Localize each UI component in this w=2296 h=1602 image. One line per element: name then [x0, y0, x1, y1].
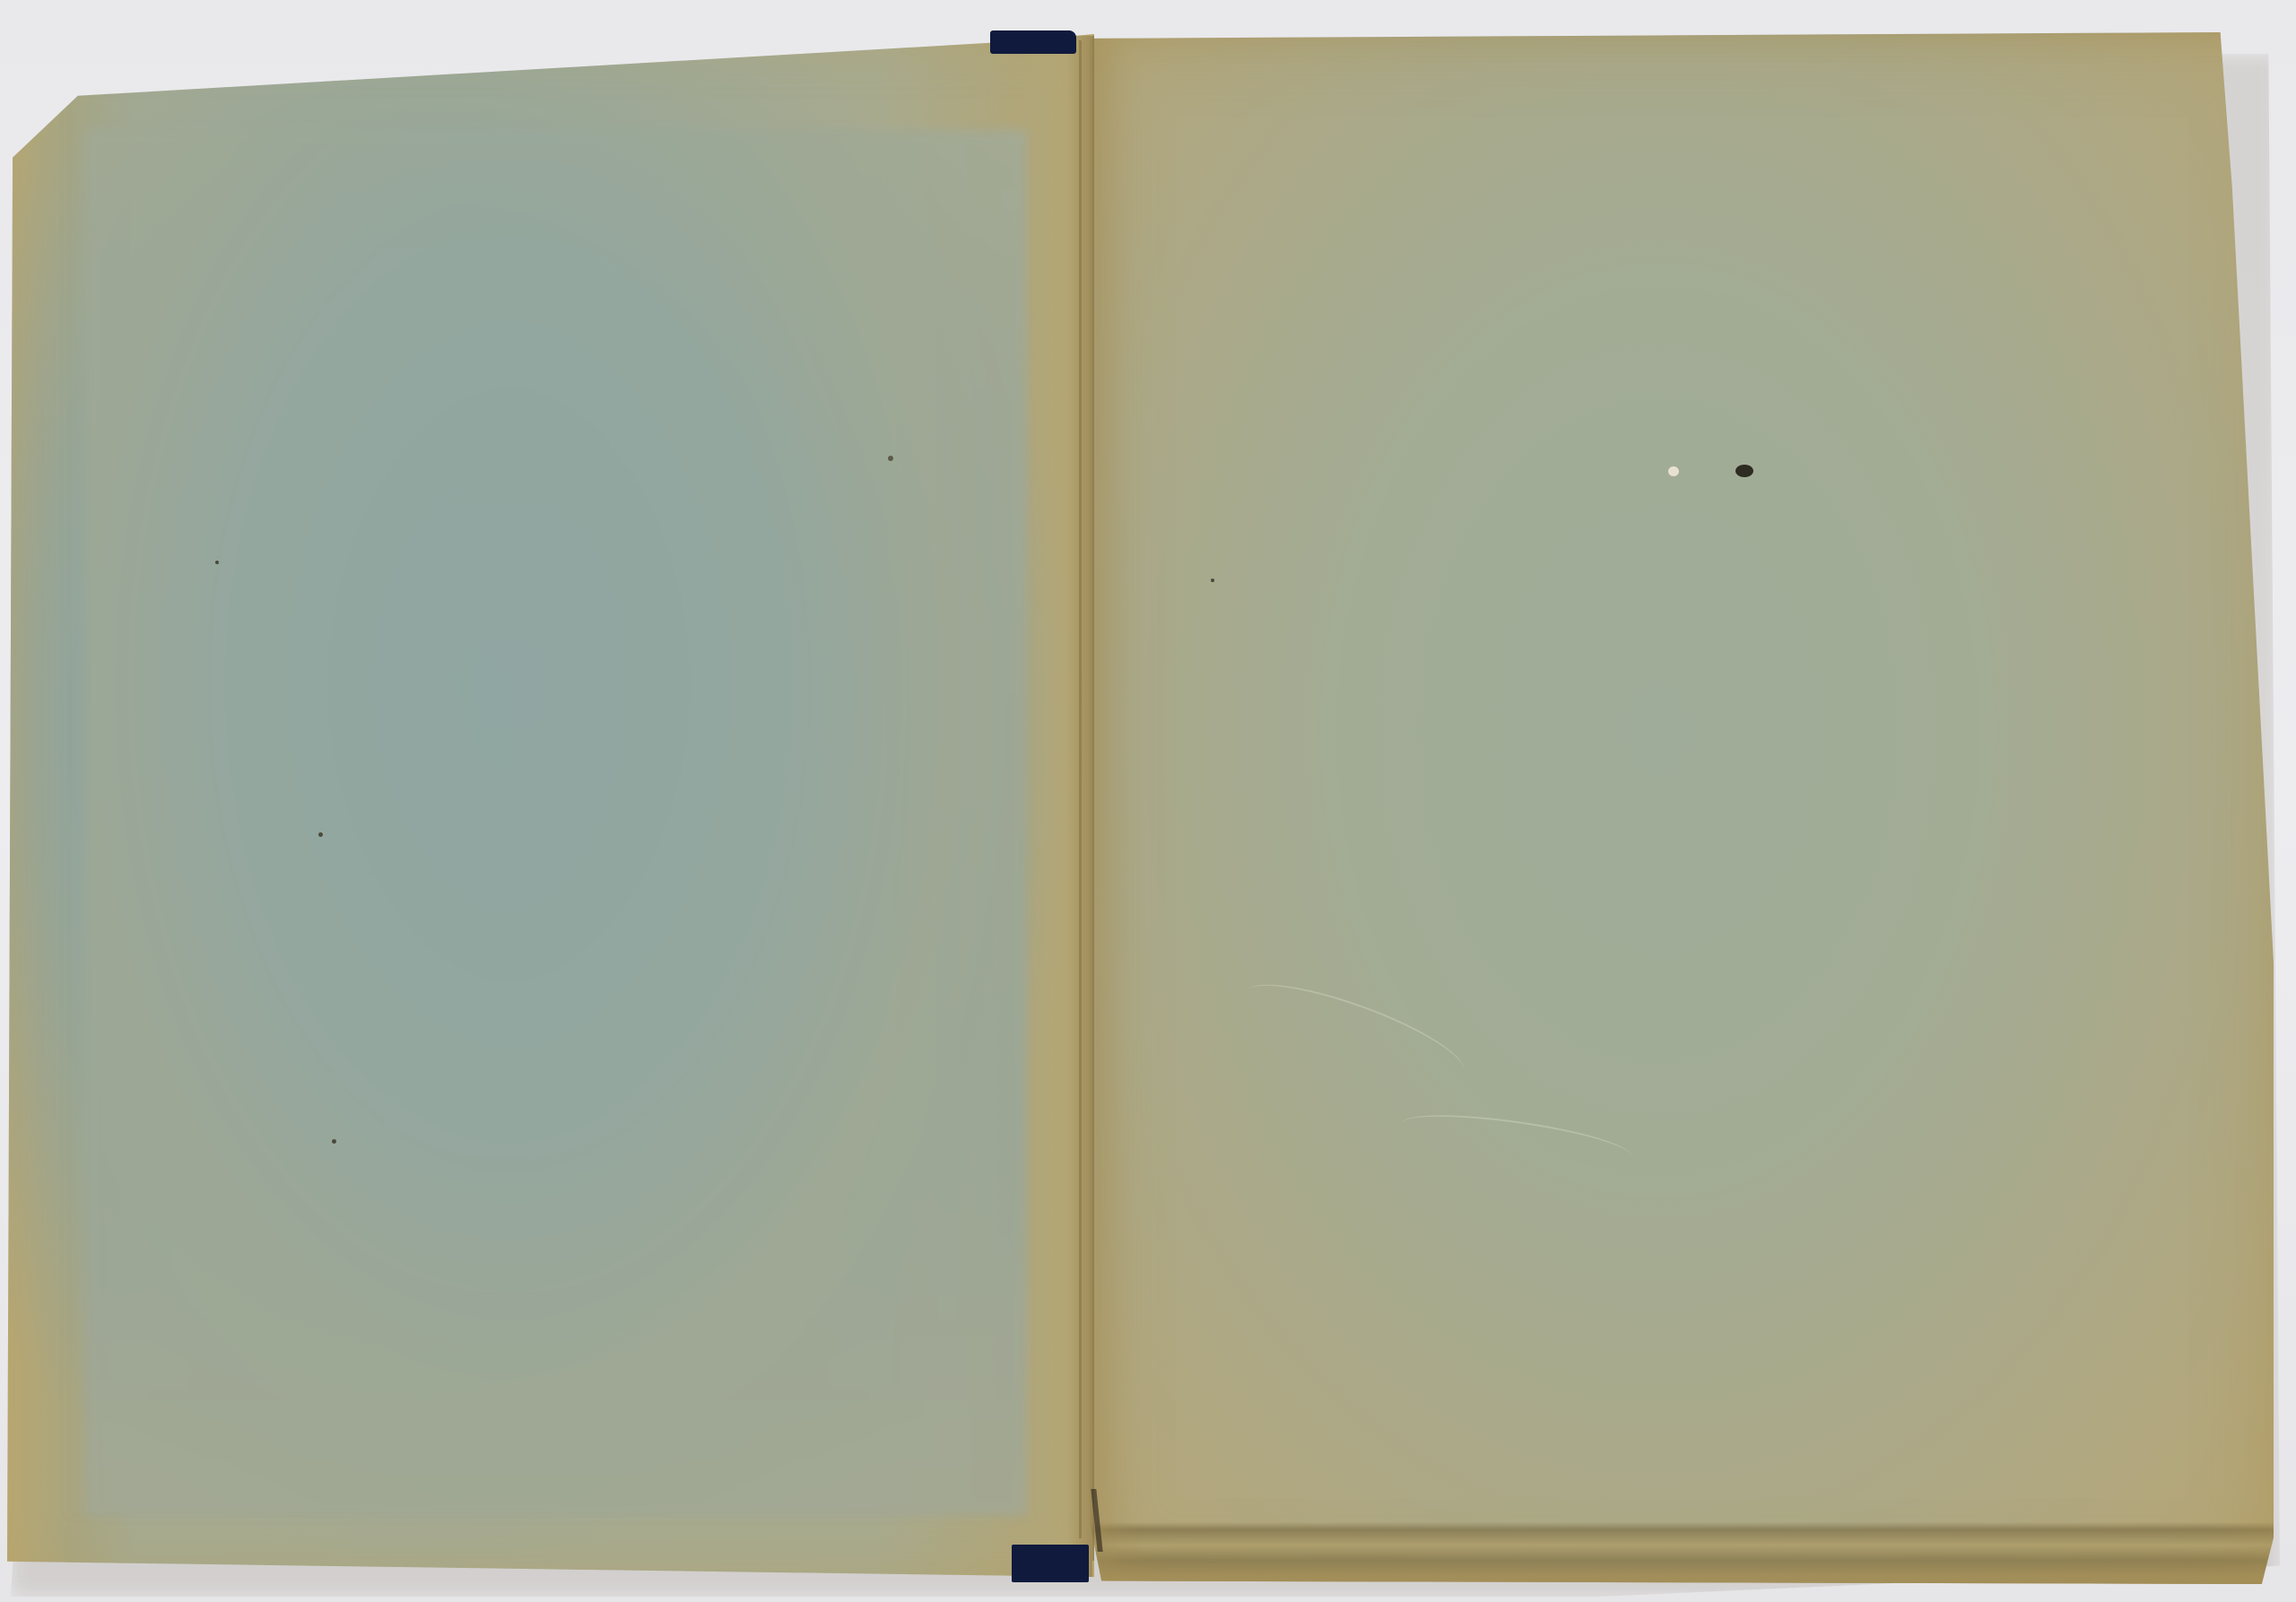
hinge-line	[1079, 40, 1082, 1538]
paper-speck	[1735, 465, 1753, 477]
gutter-shadow	[1049, 36, 1092, 1577]
spine-fold-line	[1092, 36, 1094, 1561]
headband-bottom	[1012, 1545, 1089, 1582]
right-page-block	[1090, 32, 2274, 1584]
paper-speck	[1668, 466, 1679, 476]
paper-speck	[318, 832, 323, 837]
paper-speck	[1211, 579, 1214, 582]
paper-speck	[332, 1139, 336, 1144]
photo-scene	[0, 0, 2296, 1602]
paper-speck	[215, 561, 219, 564]
headband-top	[990, 30, 1076, 54]
left-endpaper	[85, 130, 1027, 1516]
paper-speck	[888, 456, 893, 461]
